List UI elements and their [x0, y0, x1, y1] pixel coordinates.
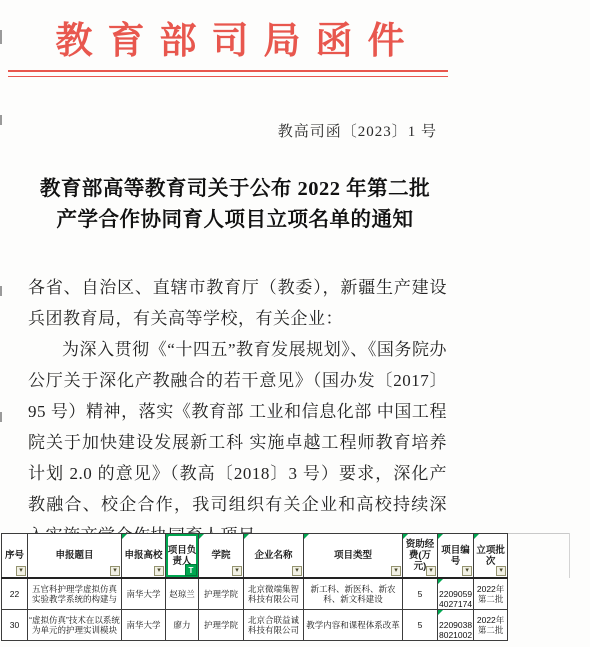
document-title: 教育部高等教育司关于公布 2022 年第二批 产学合作协同育人项目立项名单的通知	[0, 174, 470, 236]
scan-artifact	[0, 115, 2, 125]
filter-icon[interactable]: ▾	[16, 566, 26, 576]
filter-icon[interactable]: ▾	[462, 566, 472, 576]
cell-college[interactable]: 护理学院	[199, 578, 244, 610]
filter-icon[interactable]: ▾	[496, 566, 506, 576]
col-header-university[interactable]: 申报高校 ▾	[122, 534, 166, 579]
table-row: 30 “虚拟仿真”技术在以系统为单元的护理实训模块的构 南华大学 廖力 护理学院…	[2, 610, 508, 641]
document-title-line1: 教育部高等教育司关于公布 2022 年第二批	[0, 174, 470, 205]
col-header-college[interactable]: 学院 ▾	[199, 534, 244, 579]
cell-seq[interactable]: 30	[2, 610, 28, 641]
cell-company[interactable]: 北京微端集智科技有限公司	[244, 578, 304, 610]
filter-icon[interactable]: ▾	[154, 566, 164, 576]
project-table-region: 序号 ▾ 申报题目 ▾ 申报高校 ▾ 项目负责人	[1, 533, 508, 641]
cell-funding[interactable]: 5	[403, 610, 438, 641]
cell-university[interactable]: 南华大学	[122, 578, 166, 610]
project-table: 序号 ▾ 申报题目 ▾ 申报高校 ▾ 项目负责人	[1, 533, 508, 641]
body-paragraph: 为深入贯彻《“十四五”教育发展规划》、《国务院办公厅关于深化产教融合的若干意见》…	[28, 334, 447, 551]
error-triangle-icon	[438, 534, 443, 539]
error-triangle-icon	[244, 534, 249, 539]
filter-icon[interactable]: ▾	[232, 566, 242, 576]
filter-icon[interactable]: ▾	[426, 566, 436, 576]
filter-icon[interactable]: ▾	[110, 566, 120, 576]
letterhead-divider	[8, 70, 448, 77]
cell-title[interactable]: “虚拟仿真”技术在以系统为单元的护理实训模块的构	[28, 610, 122, 641]
error-triangle-icon	[403, 534, 408, 539]
cell-leader[interactable]: 赵琼兰	[166, 578, 199, 610]
error-triangle-icon	[474, 534, 479, 539]
col-header-type[interactable]: 项目类型 ▾	[304, 534, 403, 579]
filter-icon[interactable]: ▾	[292, 566, 302, 576]
scan-artifact	[0, 30, 2, 44]
active-filter-icon[interactable]: T	[185, 564, 197, 576]
scan-artifact	[0, 286, 2, 296]
error-triangle-icon	[166, 534, 171, 539]
cell-type[interactable]: 新工科、新医科、新农科、新文科建设	[304, 578, 403, 610]
cell-funding[interactable]: 5	[403, 578, 438, 610]
cell-university[interactable]: 南华大学	[122, 610, 166, 641]
error-triangle-icon	[438, 610, 443, 615]
document-title-line2: 产学合作协同育人项目立项名单的通知	[0, 205, 470, 236]
col-header-project-no[interactable]: 项目编号 ▾	[438, 534, 474, 579]
col-header-seq[interactable]: 序号 ▾	[2, 534, 28, 579]
error-triangle-icon	[438, 579, 443, 584]
cell-batch[interactable]: 2022年第二批	[474, 610, 508, 641]
cell-project-no[interactable]: 2209059 4027174	[438, 578, 474, 610]
error-triangle-icon	[199, 534, 204, 539]
cell-batch[interactable]: 2022年第二批	[474, 578, 508, 610]
cell-type[interactable]: 教学内容和课程体系改革	[304, 610, 403, 641]
cell-leader[interactable]: 廖力	[166, 610, 199, 641]
col-header-funding[interactable]: 资助经费(万元) ▾	[403, 534, 438, 579]
table-header-row: 序号 ▾ 申报题目 ▾ 申报高校 ▾ 项目负责人	[2, 534, 508, 579]
table-row: 22 五官科护理学虚拟仿真实验教学系统的构建与应用 南华大学 赵琼兰 护理学院 …	[2, 578, 508, 610]
cell-title[interactable]: 五官科护理学虚拟仿真实验教学系统的构建与应用	[28, 578, 122, 610]
cell-seq[interactable]: 22	[2, 578, 28, 610]
col-header-batch[interactable]: 立项批次 ▾	[474, 534, 508, 579]
scan-artifact	[0, 412, 2, 422]
cell-company[interactable]: 北京合联益诚科技有限公司	[244, 610, 304, 641]
col-header-title[interactable]: 申报题目 ▾	[28, 534, 122, 579]
error-triangle-icon	[304, 534, 309, 539]
col-header-leader[interactable]: 项目负责人 T	[166, 534, 199, 579]
letterhead-title: 教育部司局函件	[0, 10, 460, 64]
reference-number: 教高司函〔2023〕1 号	[0, 120, 437, 141]
salutation: 各省、自治区、直辖市教育厅（教委），新疆生产建设兵团教育局，有关高等学校，有关企…	[28, 272, 447, 334]
document-body: 各省、自治区、直辖市教育厅（教委），新疆生产建设兵团教育局，有关高等学校，有关企…	[28, 272, 447, 551]
gridline-extension	[569, 533, 570, 578]
col-header-company[interactable]: 企业名称 ▾	[244, 534, 304, 579]
document-page: 教育部司局函件 教高司函〔2023〕1 号 教育部高等教育司关于公布 2022 …	[0, 0, 590, 647]
cell-college[interactable]: 护理学院	[199, 610, 244, 641]
filter-icon[interactable]: ▾	[391, 566, 401, 576]
cell-project-no[interactable]: 2209038 8021002	[438, 610, 474, 641]
gridline-extension	[500, 533, 570, 534]
error-triangle-icon	[122, 534, 127, 539]
